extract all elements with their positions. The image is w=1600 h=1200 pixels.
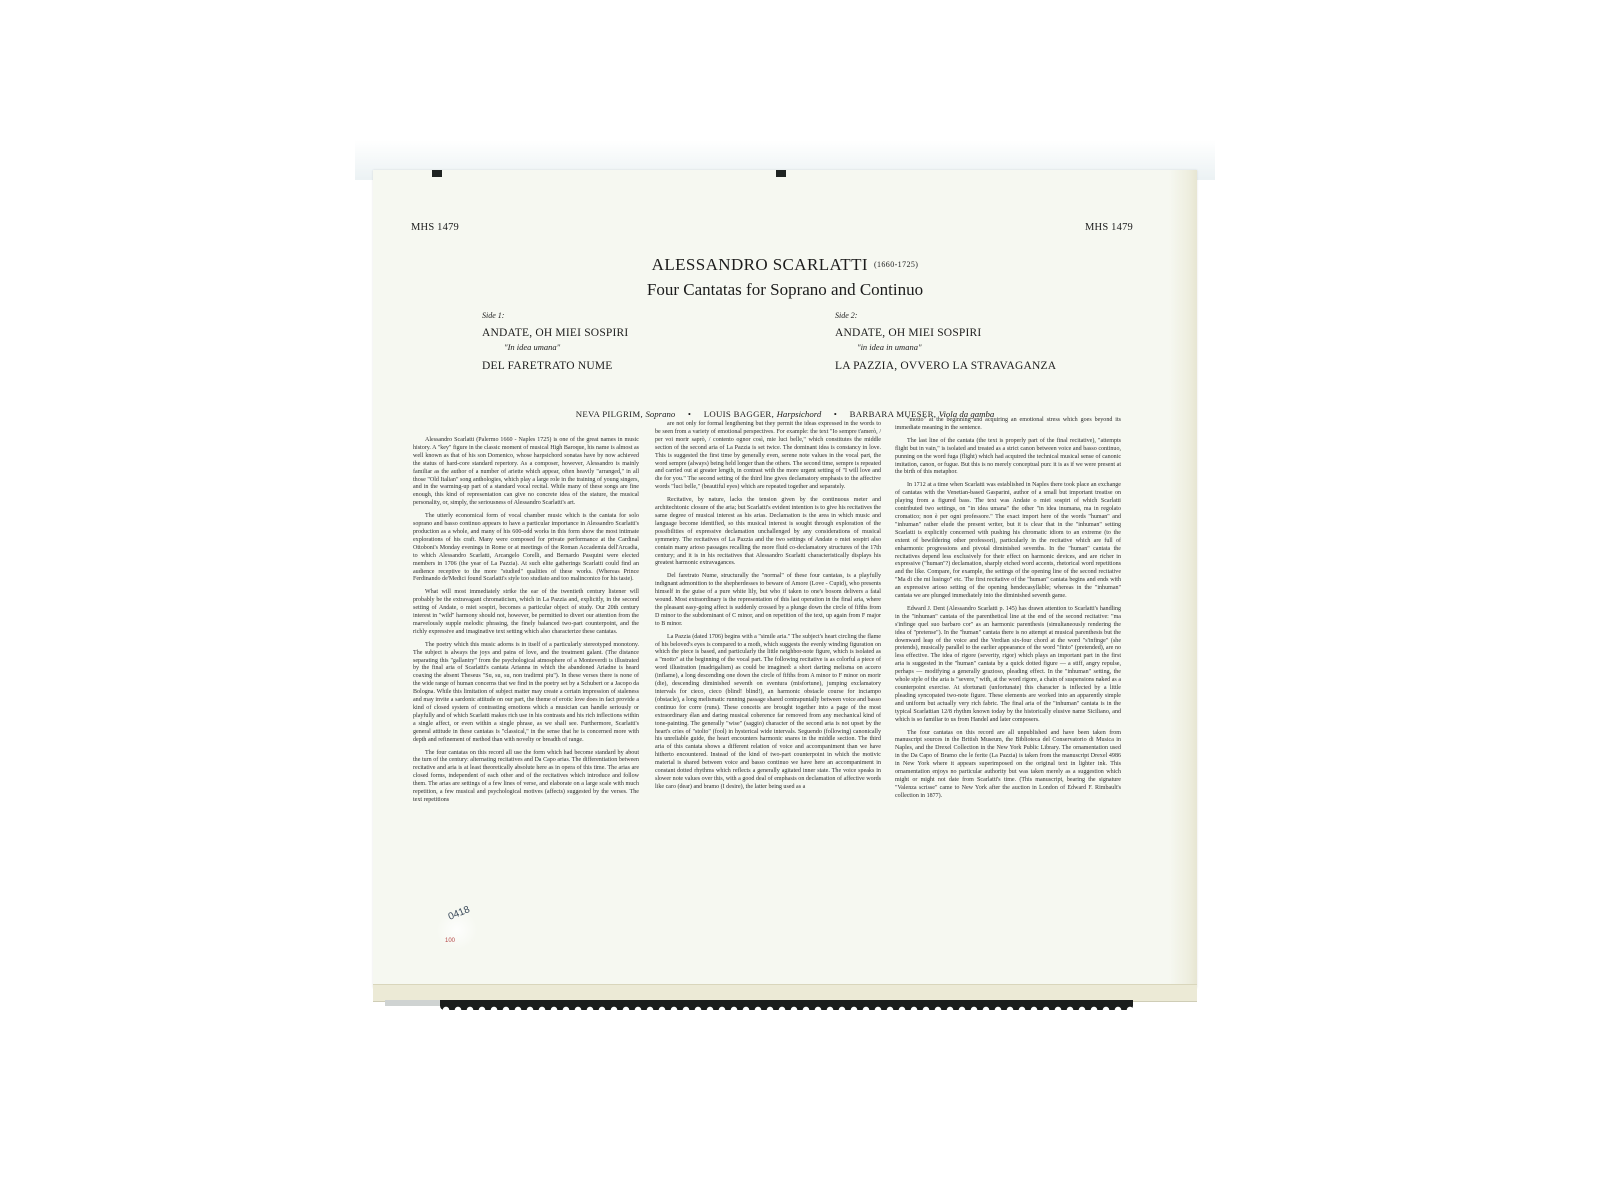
catalog-number-left: MHS 1479: [411, 222, 459, 233]
separator-dot: •: [688, 409, 691, 419]
liner-notes-paragraph: Edward J. Dent (Alessandro Scarlatti p. …: [895, 606, 1121, 725]
top-tab-mark-center: [776, 170, 786, 177]
liner-notes-paragraph: The poetry which this music adorns is in…: [413, 642, 639, 745]
composer-heading: ALESSANDRO SCARLATTI(1660-1725): [373, 255, 1197, 275]
side-1-work-1-subtitle: "In idea umana": [504, 342, 628, 352]
separator-dot: •: [834, 409, 837, 419]
side-1-work-1-title: ANDATE, OH MIEI SOSPIRI: [482, 327, 628, 339]
liner-notes-paragraph: "motto" at the beginning and acquiring a…: [895, 417, 1121, 433]
liner-notes-paragraph: La Pazzia (dated 1706) begins with a "si…: [655, 634, 881, 792]
performer-1: NEVA PILGRIM, Soprano: [576, 409, 676, 419]
top-tab-mark-left: [432, 170, 442, 177]
liner-notes-paragraph: are not only for formal lengthening but …: [655, 421, 881, 492]
liner-notes-paragraph: The four cantatas on this record are all…: [895, 730, 1121, 801]
side-1-work-2-title: DEL FARETRATO NUME: [482, 360, 628, 372]
liner-notes-paragraph: Del faretrato Nume, structurally the "no…: [655, 573, 881, 628]
title-block: ALESSANDRO SCARLATTI(1660-1725) Four Can…: [373, 255, 1197, 300]
liner-notes-paragraph: Alessandro Scarlatti (Palermo 1660 - Nap…: [413, 437, 639, 508]
performer-2: LOUIS BAGGER, Harpsichord: [704, 409, 822, 419]
side-1-label: Side 1:: [482, 311, 628, 320]
liner-notes-paragraph: The four cantatas on this record all use…: [413, 750, 639, 805]
liner-notes-paragraph: What will most immediately strike the ea…: [413, 589, 639, 636]
composer-dates: (1660-1725): [874, 260, 918, 269]
liner-notes-column-3: "motto" at the beginning and acquiring a…: [895, 417, 1121, 806]
liner-notes-paragraph: The last line of the cantata (the text i…: [895, 438, 1121, 478]
side-2-work-2-title: LA PAZZIA, OVVERO LA STRAVAGANZA: [835, 360, 1056, 372]
handwritten-small-mark: 100: [445, 938, 455, 944]
side-2-work-1-subtitle: "in idea in umana": [857, 342, 1056, 352]
side-1-tracklist: Side 1: ANDATE, OH MIEI SOSPIRI "In idea…: [482, 311, 628, 372]
liner-notes-column-2: are not only for formal lengthening but …: [655, 421, 881, 797]
side-2-tracklist: Side 2: ANDATE, OH MIEI SOSPIRI "in idea…: [835, 311, 1056, 372]
album-subtitle: Four Cantatas for Soprano and Continuo: [373, 280, 1197, 300]
side-2-work-1-title: ANDATE, OH MIEI SOSPIRI: [835, 327, 1056, 339]
liner-notes-paragraph: Recitative, by nature, lacks the tension…: [655, 497, 881, 568]
liner-notes-paragraph: In 1712 at a time when Scarlatti was est…: [895, 482, 1121, 601]
catalog-number-right: MHS 1479: [1085, 222, 1133, 233]
composer-name: ALESSANDRO SCARLATTI: [652, 255, 868, 274]
liner-notes-paragraph: The utterly economical form of vocal cha…: [413, 513, 639, 584]
vinyl-record-edge: [440, 1000, 1133, 1010]
side-2-label: Side 2:: [835, 311, 1056, 320]
liner-notes-column-1: Alessandro Scarlatti (Palermo 1660 - Nap…: [413, 437, 639, 810]
